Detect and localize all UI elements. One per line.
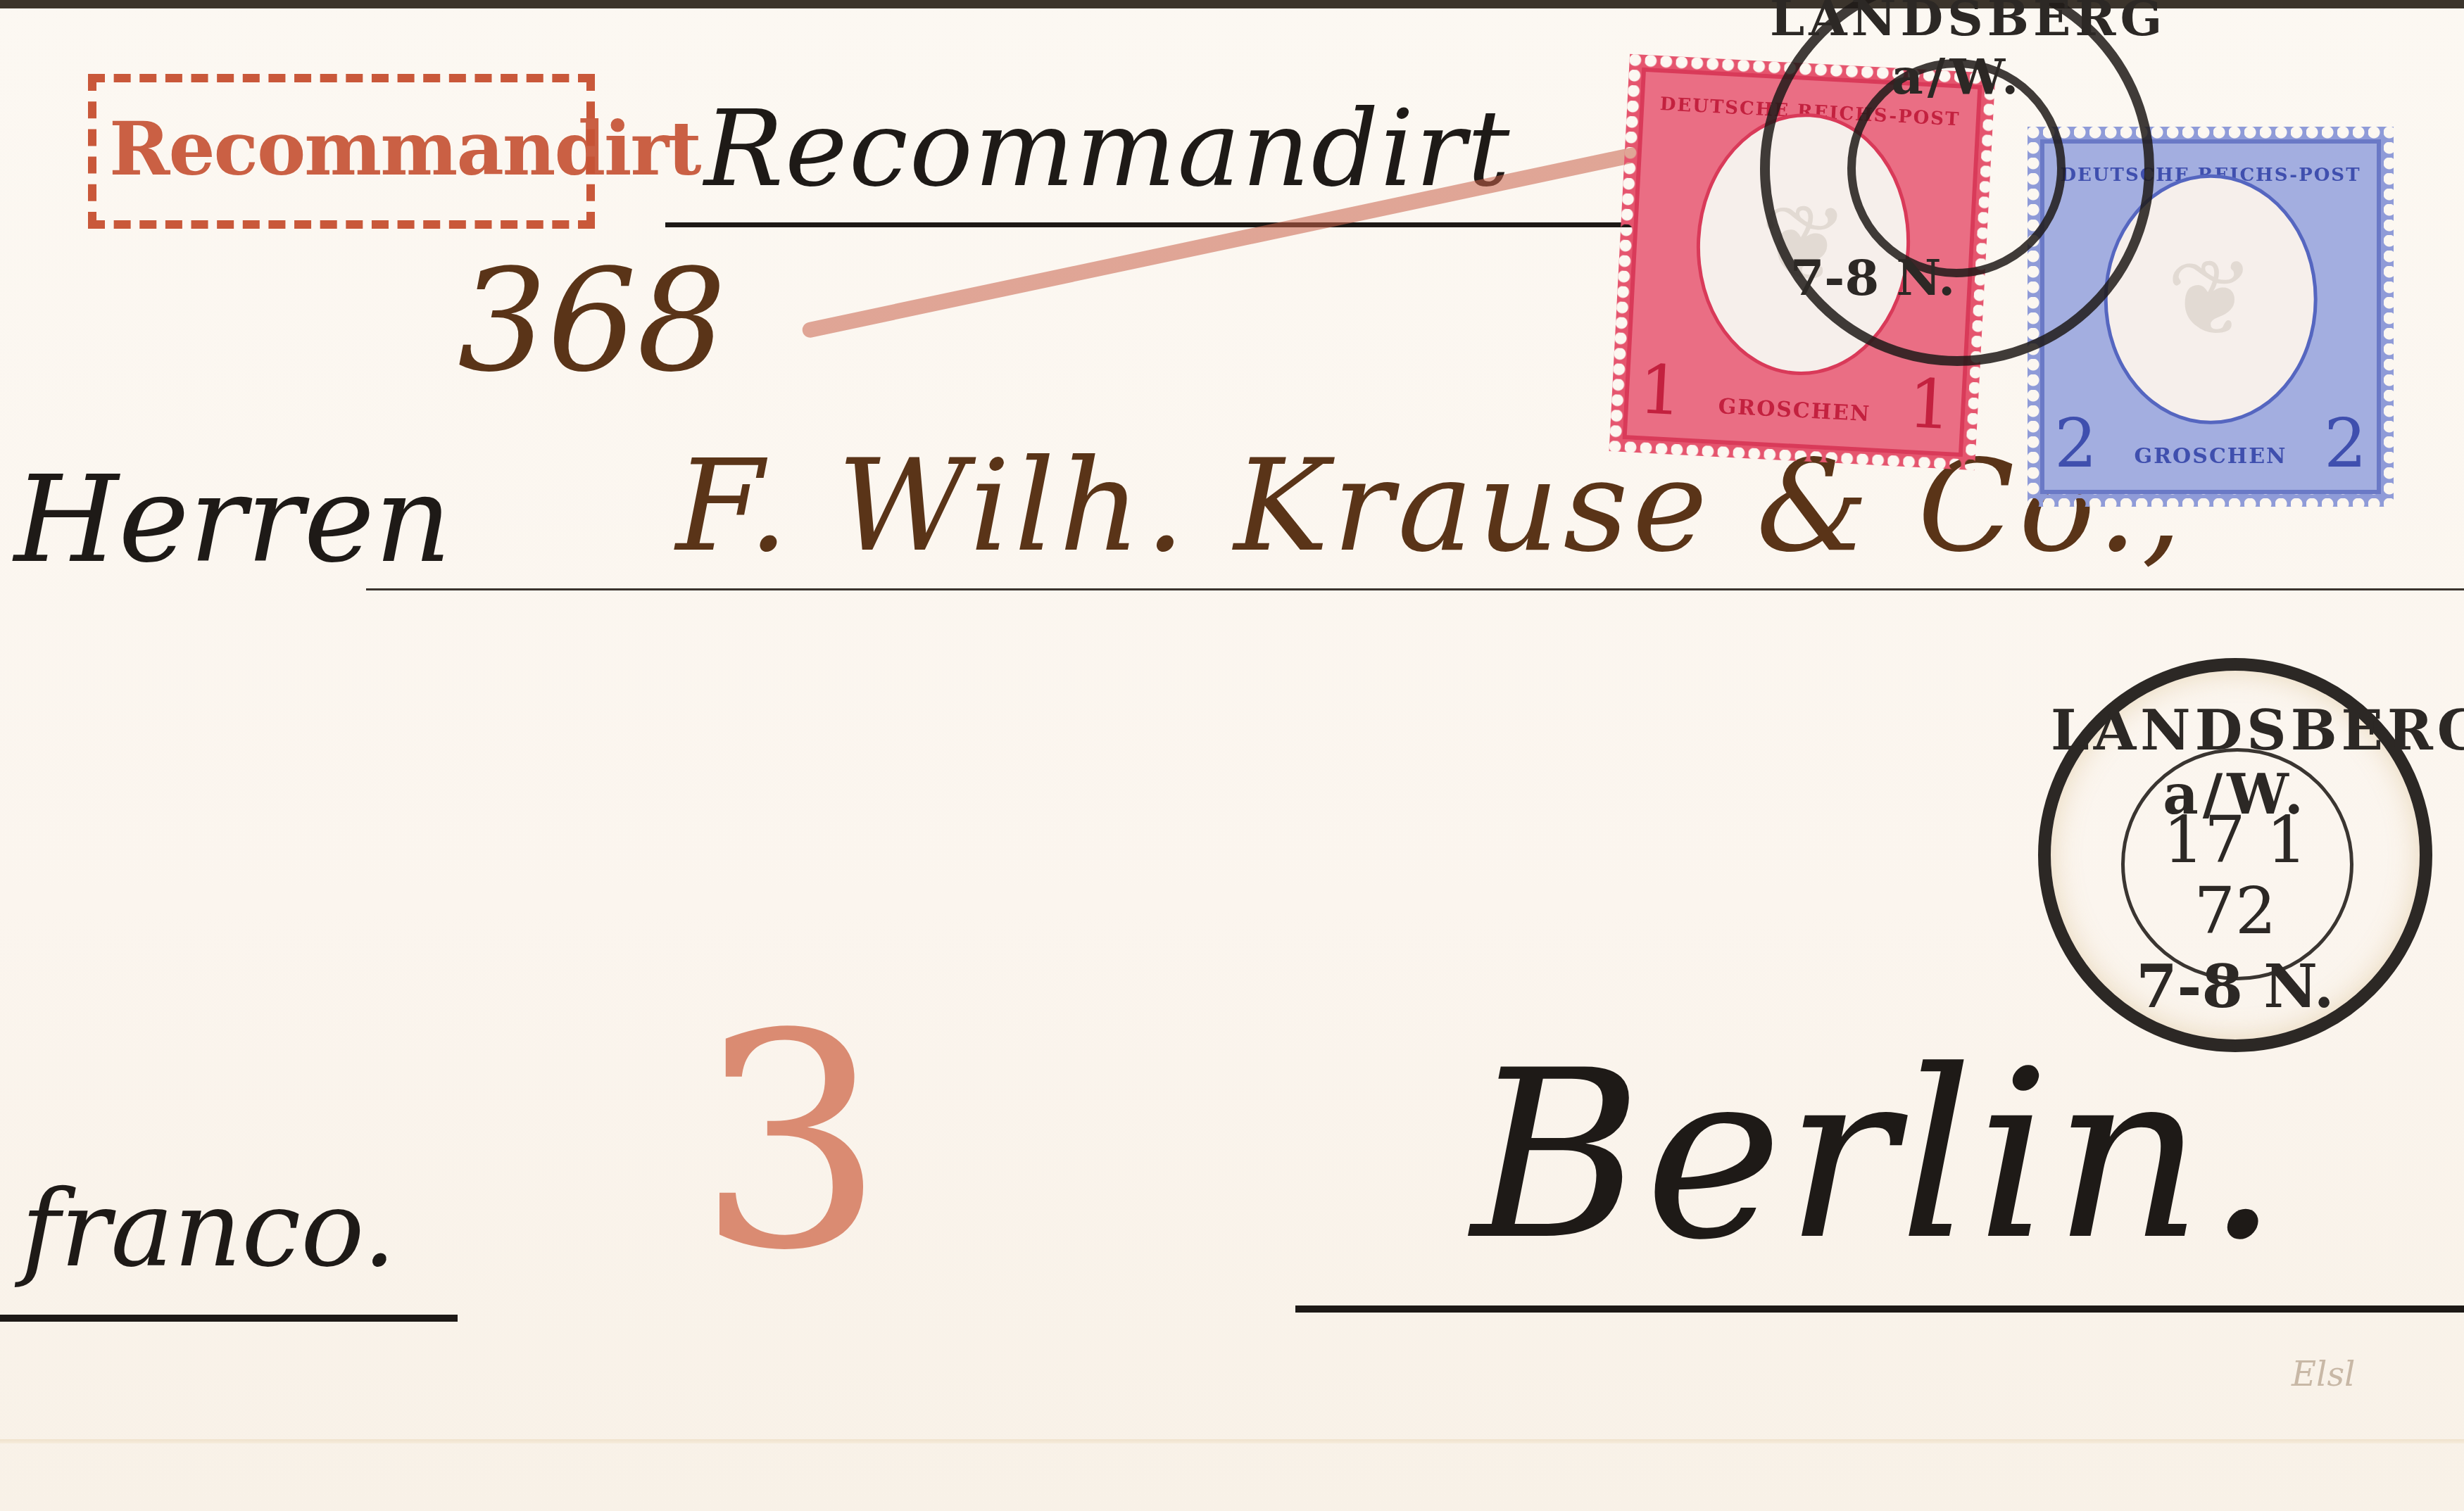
printed-destination: Berlin. (1471, 1020, 2282, 1291)
stamp-value-left: 2 (2054, 410, 2097, 477)
registration-handstamp: Recommandirt (109, 106, 602, 192)
heading-rule (665, 222, 1665, 227)
franco-rule (0, 1315, 458, 1322)
printed-salutation: Herren (14, 450, 451, 590)
postmark-landsberg: LANDSBERG a/W. 17 1 72 7-8 N. (2038, 658, 2432, 1052)
stamp-denomination: GROSCHEN (2135, 444, 2287, 477)
address-rule (366, 588, 2464, 590)
postmark-year: 72 (2051, 875, 2420, 947)
postmark-time: 7-8 N. (1685, 248, 2060, 307)
stamp-value-line: 2 GROSCHEN 2 (2054, 410, 2367, 477)
postmark-day-month: 17 1 (2051, 804, 2420, 875)
handwritten-registration-number: 368 (458, 239, 727, 403)
stamp-value-right: 1 (1906, 369, 1953, 439)
fold-line (0, 1439, 2464, 1443)
stamp-value-line: 1 GROSCHEN 1 (1638, 355, 1953, 439)
postmark-town: LANDSBERG a/W. (1770, 0, 2144, 106)
stamp-value-left: 1 (1638, 355, 1684, 425)
postmark-time: 7-8 N. (2051, 952, 2420, 1021)
destination-rule (1295, 1305, 2464, 1313)
pencil-expert-mark: Elsl (2292, 1355, 2355, 1394)
eagle-icon: ❦ (2166, 238, 2255, 360)
crayon-numeral: 3 (697, 971, 885, 1315)
printed-franco: franco. (21, 1168, 396, 1291)
postmark-date: 17 1 72 (2051, 804, 2420, 947)
stamp-denomination: GROSCHEN (1717, 394, 1871, 435)
printed-heading: Recommandirt (704, 88, 1511, 210)
cover: Recommandirt Recommandirt 368 Herren F. … (0, 0, 2464, 1511)
stamp-value-right: 2 (2324, 410, 2367, 477)
